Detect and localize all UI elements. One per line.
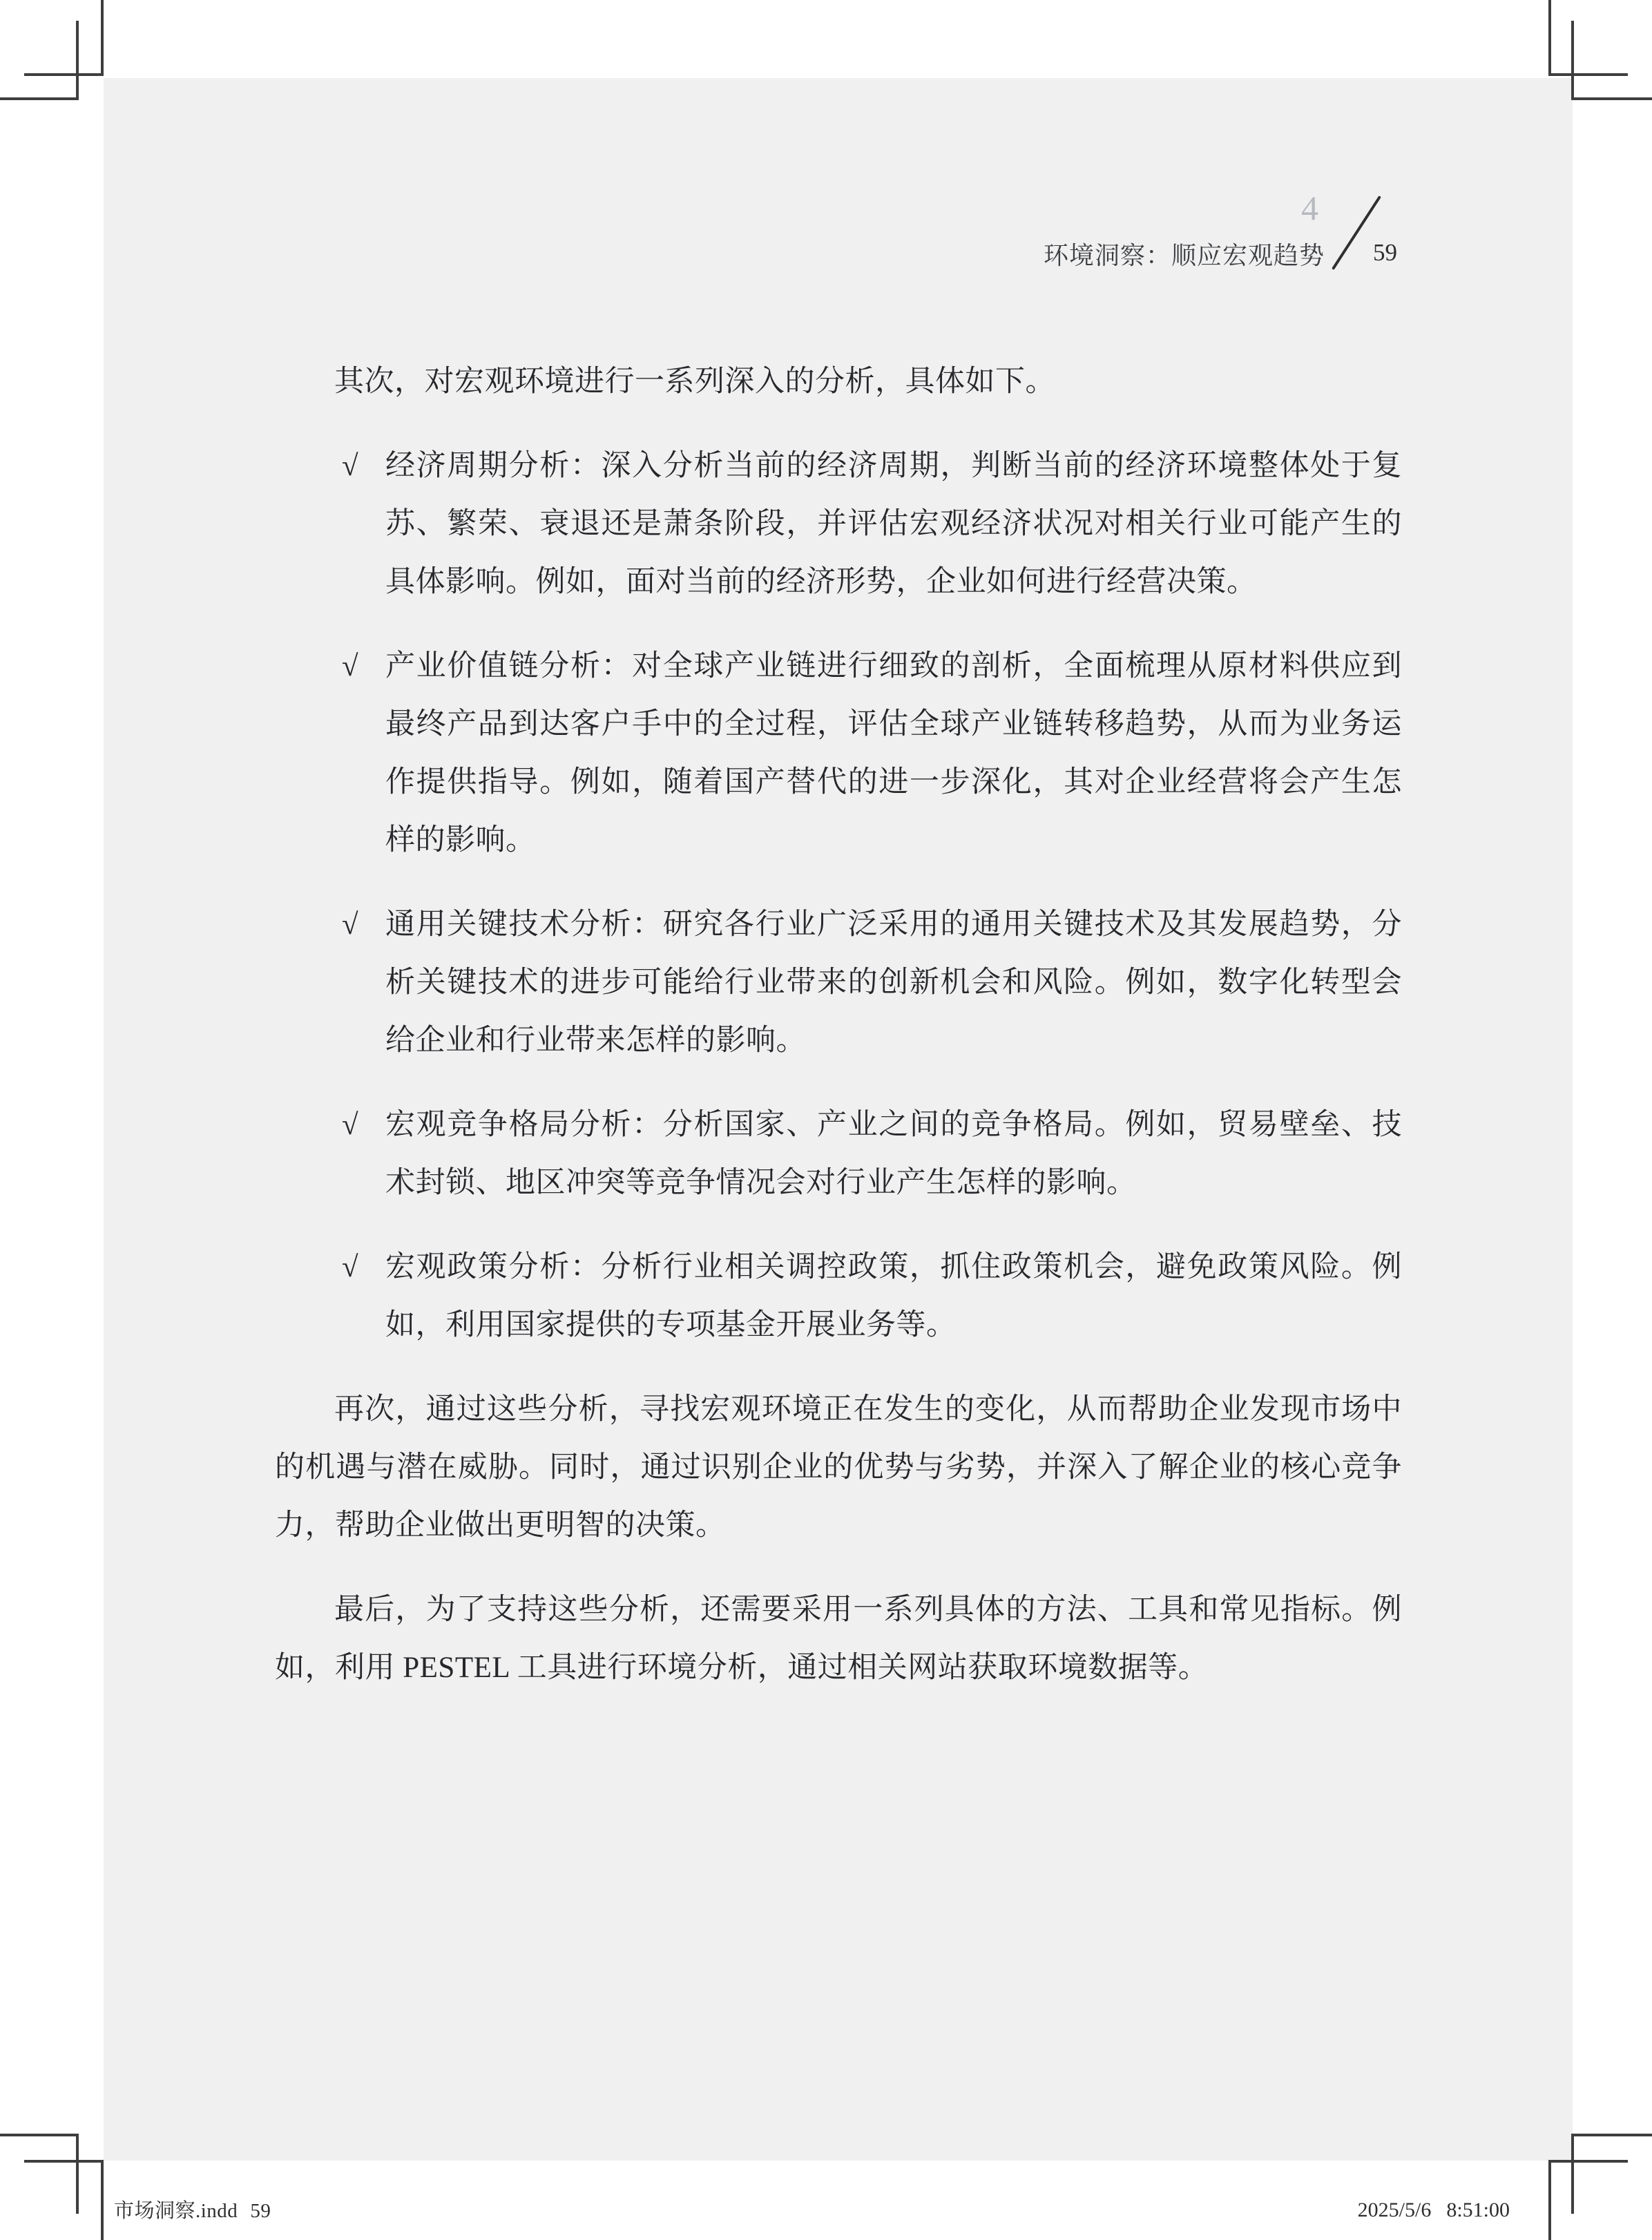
bullet-term: 通用关键技术分析： (385, 908, 663, 941)
chapter-title: 环境洞察：顺应宏观趋势 (1044, 243, 1325, 268)
check-marker-icon: √ (342, 638, 358, 696)
crop-mark-bottom-left-inner (0, 2134, 79, 2214)
check-marker-icon: √ (342, 896, 358, 954)
crop-mark-top-left-inner (0, 21, 79, 100)
footer-slug: 市场洞察.indd59 (114, 2199, 271, 2223)
list-item: √经济周期分析：深入分析当前的经济周期，判断当前的经济环境整体处于复苏、繁荣、衰… (275, 437, 1402, 611)
footer-timestamp: 2025/5/68:51:00 (1358, 2198, 1510, 2223)
closing-paragraph: 最后，为了支持这些分析，还需要采用一系列具体的方法、工具和常见指标。例如，利用 … (275, 1581, 1402, 1697)
body-text-column: 其次，对宏观环境进行一系列深入的分析，具体如下。 √经济周期分析：深入分析当前的… (275, 353, 1402, 1697)
bullet-term: 产业价值链分析： (385, 650, 632, 682)
list-item: √宏观政策分析：分析行业相关调控政策，抓住政策机会，避免政策风险。例如，利用国家… (275, 1238, 1402, 1354)
chapter-number: 4 (1301, 191, 1318, 225)
header-page-number: 59 (1373, 240, 1397, 265)
footer-date: 2025/5/6 (1358, 2199, 1432, 2221)
print-proof-canvas: 4 环境洞察：顺应宏观趋势 59 其次，对宏观环境进行一系列深入的分析，具体如下… (0, 0, 1652, 2240)
crop-mark-bottom-right-outer (1571, 2134, 1652, 2214)
crop-mark-top-right-outer (1571, 21, 1652, 100)
check-marker-icon: √ (342, 437, 358, 495)
bullet-term: 宏观竞争格局分析： (385, 1109, 663, 1141)
footer-page-number: 59 (250, 2200, 271, 2222)
list-item: √产业价值链分析：对全球产业链进行细致的剖析，全面梳理从原材料供应到最终产品到达… (275, 638, 1402, 870)
footer-filename: 市场洞察.indd (114, 2200, 238, 2222)
check-marker-icon: √ (342, 1238, 358, 1296)
bullet-term: 经济周期分析： (385, 450, 601, 482)
footer-time: 8:51:00 (1446, 2199, 1510, 2221)
intro-paragraph: 其次，对宏观环境进行一系列深入的分析，具体如下。 (275, 353, 1402, 411)
list-item: √宏观竞争格局分析：分析国家、产业之间的竞争格局。例如，贸易壁垒、技术封锁、地区… (275, 1096, 1402, 1212)
check-marker-icon: √ (342, 1096, 358, 1154)
closing-paragraph: 再次，通过这些分析，寻找宏观环境正在发生的变化，从而帮助企业发现市场中的机遇与潜… (275, 1381, 1402, 1555)
list-item: √通用关键技术分析：研究各行业广泛采用的通用关键技术及其发展趋势，分析关键技术的… (275, 896, 1402, 1070)
bullet-term: 宏观政策分析： (385, 1251, 601, 1283)
